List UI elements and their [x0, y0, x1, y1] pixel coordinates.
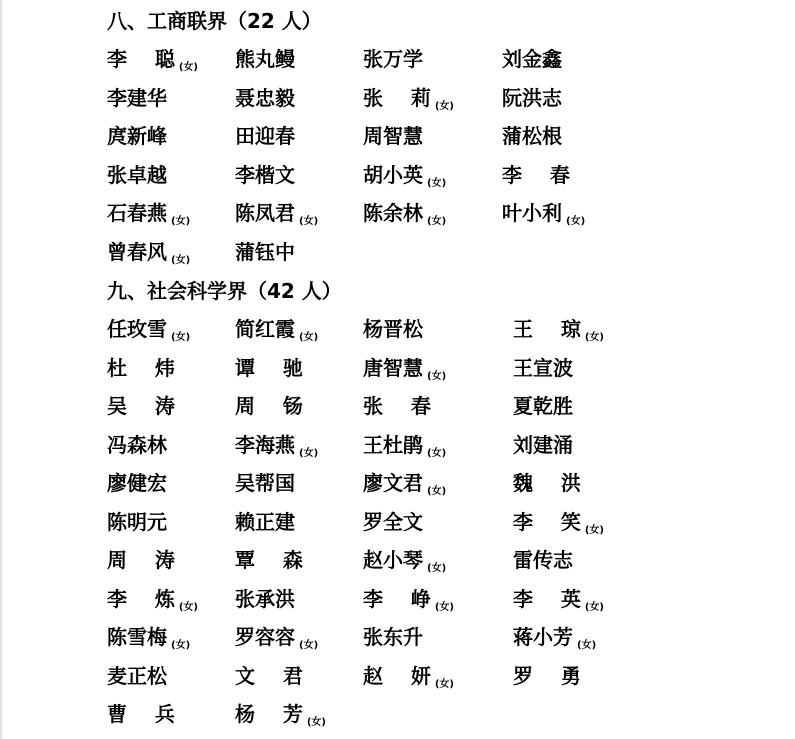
member-name: 曾春风 [107, 240, 167, 264]
member-name: 王 琼 [513, 317, 581, 341]
female-marker: (女) [299, 640, 318, 651]
member-entry: 庹新峰 [107, 124, 167, 148]
member-name: 田迎春 [235, 124, 295, 148]
female-marker: (女) [435, 602, 454, 613]
female-marker: (女) [435, 101, 454, 112]
member-name: 蒲钰中 [235, 240, 295, 264]
member-entry: 赵 妍(女) [363, 664, 454, 693]
member-name: 周智慧 [363, 124, 423, 148]
member-name: 雷传志 [513, 548, 573, 572]
member-name: 李楷文 [235, 163, 295, 187]
female-marker: (女) [171, 332, 190, 343]
member-entry: 张 莉(女) [363, 86, 454, 115]
member-entry: 蒲松根 [502, 124, 562, 148]
member-name: 陈明元 [107, 510, 167, 534]
member-name: 简红霞 [235, 317, 295, 341]
member-entry: 李楷文 [235, 163, 295, 187]
member-entry: 杜 炜 [107, 356, 175, 380]
member-entry: 刘建涌 [513, 433, 573, 457]
member-name: 麦正松 [107, 664, 167, 688]
member-name: 赖正建 [235, 510, 295, 534]
member-entry: 叶小利(女) [502, 201, 585, 230]
member-entry: 曾春风(女) [107, 240, 190, 269]
member-name: 蒋小芳 [513, 625, 573, 649]
member-entry: 曹 兵 [107, 702, 175, 726]
member-entry: 罗 勇 [513, 664, 581, 688]
member-entry: 夏乾胜 [513, 394, 573, 418]
member-entry: 李 笑(女) [513, 510, 604, 539]
member-entry: 陈雪梅(女) [107, 625, 190, 654]
member-name: 杨晋松 [363, 317, 423, 341]
member-entry: 石春燕(女) [107, 201, 190, 230]
member-entry: 李 聪(女) [107, 47, 198, 76]
member-entry: 周智慧 [363, 124, 423, 148]
member-name: 张 莉 [363, 86, 431, 110]
member-name: 罗 勇 [513, 664, 581, 688]
member-entry: 雷传志 [513, 548, 573, 572]
female-marker: (女) [171, 255, 190, 266]
member-name: 王宣波 [513, 356, 573, 380]
member-name: 刘金鑫 [502, 47, 562, 71]
member-entry: 张万学 [363, 47, 423, 71]
member-entry: 蒲钰中 [235, 240, 295, 264]
member-entry: 张东升 [363, 625, 423, 649]
member-name: 赵小琴 [363, 548, 423, 572]
member-name: 廖文君 [363, 471, 423, 495]
female-marker: (女) [427, 178, 446, 189]
member-entry: 张承洪 [235, 587, 295, 611]
member-entry: 谭 驰 [235, 356, 303, 380]
member-entry: 赵小琴(女) [363, 548, 446, 577]
member-entry: 胡小英(女) [363, 163, 446, 192]
member-entry: 陈凤君(女) [235, 201, 318, 230]
member-entry: 李 炼(女) [107, 587, 198, 616]
member-entry: 吴 涛 [107, 394, 175, 418]
female-marker: (女) [171, 640, 190, 651]
member-name: 赵 妍 [363, 664, 431, 688]
member-entry: 王宣波 [513, 356, 573, 380]
member-name: 熊丸鳗 [235, 47, 295, 71]
member-name: 罗全文 [363, 510, 423, 534]
female-marker: (女) [179, 602, 198, 613]
member-entry: 张卓越 [107, 163, 167, 187]
female-marker: (女) [585, 602, 604, 613]
member-name: 刘建涌 [513, 433, 573, 457]
member-name: 任玫雪 [107, 317, 167, 341]
member-entry: 聂忠毅 [235, 86, 295, 110]
female-marker: (女) [427, 563, 446, 574]
female-marker: (女) [435, 679, 454, 690]
member-entry: 陈明元 [107, 510, 167, 534]
female-marker: (女) [577, 640, 596, 651]
member-name: 吴帮国 [235, 471, 295, 495]
member-entry: 陈余林(女) [363, 201, 446, 230]
member-name: 李 英 [513, 587, 581, 611]
member-name: 覃 森 [235, 548, 303, 572]
female-marker: (女) [307, 717, 326, 728]
member-entry: 冯森林 [107, 433, 167, 457]
member-name: 魏 洪 [513, 471, 581, 495]
member-entry: 阮洪志 [502, 86, 562, 110]
female-marker: (女) [427, 486, 446, 497]
female-marker: (女) [585, 525, 604, 536]
section-heading-business-federation: 八、工商联界（22 人） [107, 9, 322, 33]
member-name: 张东升 [363, 625, 423, 649]
member-entry: 周 涛 [107, 548, 175, 572]
member-entry: 李海燕(女) [235, 433, 318, 462]
member-entry: 文 君 [235, 664, 303, 688]
member-entry: 杨 芳(女) [235, 702, 326, 731]
member-name: 唐智慧 [363, 356, 423, 380]
member-entry: 李建华 [107, 86, 167, 110]
member-name: 李 笑 [513, 510, 581, 534]
member-name: 李 峥 [363, 587, 431, 611]
member-entry: 唐智慧(女) [363, 356, 446, 385]
member-entry: 罗全文 [363, 510, 423, 534]
member-entry: 简红霞(女) [235, 317, 318, 346]
member-name: 杨 芳 [235, 702, 303, 726]
member-entry: 吴帮国 [235, 471, 295, 495]
member-name: 李建华 [107, 86, 167, 110]
member-name: 廖健宏 [107, 471, 167, 495]
member-name: 罗容容 [235, 625, 295, 649]
member-name: 李 炼 [107, 587, 175, 611]
member-name: 冯森林 [107, 433, 167, 457]
member-name: 胡小英 [363, 163, 423, 187]
document-page: 八、工商联界（22 人） 九、社会科学界（42 人） 李 聪(女)熊丸鳗张万学刘… [0, 0, 795, 739]
member-name: 周 钖 [235, 394, 303, 418]
member-name: 周 涛 [107, 548, 175, 572]
member-entry: 李 春 [502, 163, 570, 187]
member-entry: 赖正建 [235, 510, 295, 534]
female-marker: (女) [299, 448, 318, 459]
female-marker: (女) [299, 216, 318, 227]
member-entry: 王 琼(女) [513, 317, 604, 346]
female-marker: (女) [427, 371, 446, 382]
member-entry: 熊丸鳗 [235, 47, 295, 71]
member-entry: 任玫雪(女) [107, 317, 190, 346]
member-name: 曹 兵 [107, 702, 175, 726]
member-name: 李海燕 [235, 433, 295, 457]
member-name: 石春燕 [107, 201, 167, 225]
member-entry: 廖文君(女) [363, 471, 446, 500]
member-name: 张卓越 [107, 163, 167, 187]
member-name: 张承洪 [235, 587, 295, 611]
member-entry: 田迎春 [235, 124, 295, 148]
member-entry: 杨晋松 [363, 317, 423, 341]
member-name: 吴 涛 [107, 394, 175, 418]
member-entry: 廖健宏 [107, 471, 167, 495]
section-heading-social-sciences: 九、社会科学界（42 人） [107, 279, 342, 303]
member-name: 阮洪志 [502, 86, 562, 110]
female-marker: (女) [179, 62, 198, 73]
member-entry: 李 峥(女) [363, 587, 454, 616]
female-marker: (女) [171, 216, 190, 227]
female-marker: (女) [427, 448, 446, 459]
member-name: 李 聪 [107, 47, 175, 71]
member-name: 夏乾胜 [513, 394, 573, 418]
member-name: 谭 驰 [235, 356, 303, 380]
member-entry: 罗容容(女) [235, 625, 318, 654]
member-entry: 麦正松 [107, 664, 167, 688]
member-entry: 李 英(女) [513, 587, 604, 616]
member-entry: 刘金鑫 [502, 47, 562, 71]
member-name: 李 春 [502, 163, 570, 187]
member-name: 聂忠毅 [235, 86, 295, 110]
member-name: 陈凤君 [235, 201, 295, 225]
member-name: 王杜鹃 [363, 433, 423, 457]
member-name: 张万学 [363, 47, 423, 71]
member-name: 陈雪梅 [107, 625, 167, 649]
member-name: 张 春 [363, 394, 431, 418]
member-name: 庹新峰 [107, 124, 167, 148]
female-marker: (女) [566, 216, 585, 227]
member-entry: 蒋小芳(女) [513, 625, 596, 654]
member-entry: 覃 森 [235, 548, 303, 572]
member-name: 叶小利 [502, 201, 562, 225]
female-marker: (女) [299, 332, 318, 343]
member-entry: 魏 洪 [513, 471, 581, 495]
member-name: 文 君 [235, 664, 303, 688]
female-marker: (女) [585, 332, 604, 343]
member-name: 陈余林 [363, 201, 423, 225]
member-entry: 张 春 [363, 394, 431, 418]
member-name: 蒲松根 [502, 124, 562, 148]
member-entry: 王杜鹃(女) [363, 433, 446, 462]
member-entry: 周 钖 [235, 394, 303, 418]
member-name: 杜 炜 [107, 356, 175, 380]
female-marker: (女) [427, 216, 446, 227]
